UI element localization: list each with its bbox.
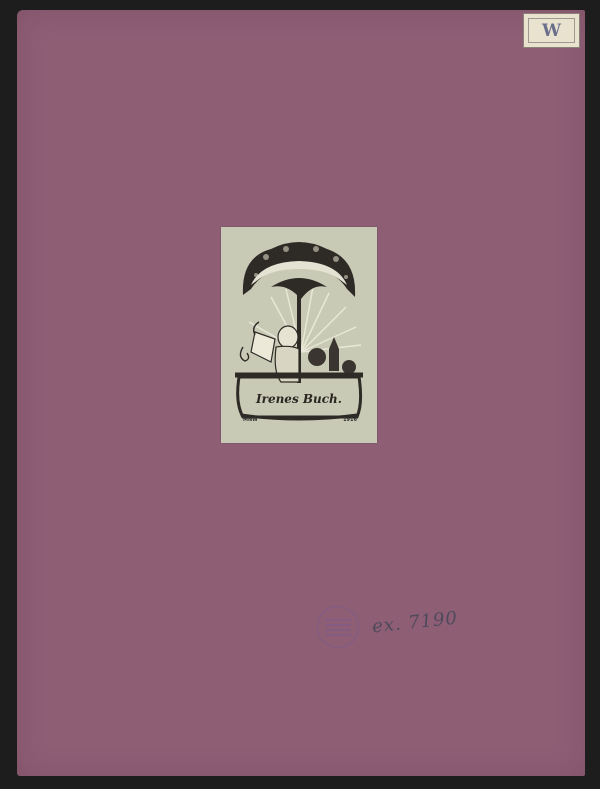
bookplate-title: Irenes Buch. (221, 392, 377, 406)
bookplate-year: 1916 (343, 417, 357, 423)
library-stamp-icon (317, 606, 359, 648)
collection-label: W (523, 13, 580, 48)
collection-label-text: W (528, 18, 575, 43)
artist-initials: MNW (243, 417, 258, 423)
bookplate: Irenes Buch. MNW 1916 (221, 227, 377, 443)
bookplate-illustration-icon (221, 227, 377, 443)
